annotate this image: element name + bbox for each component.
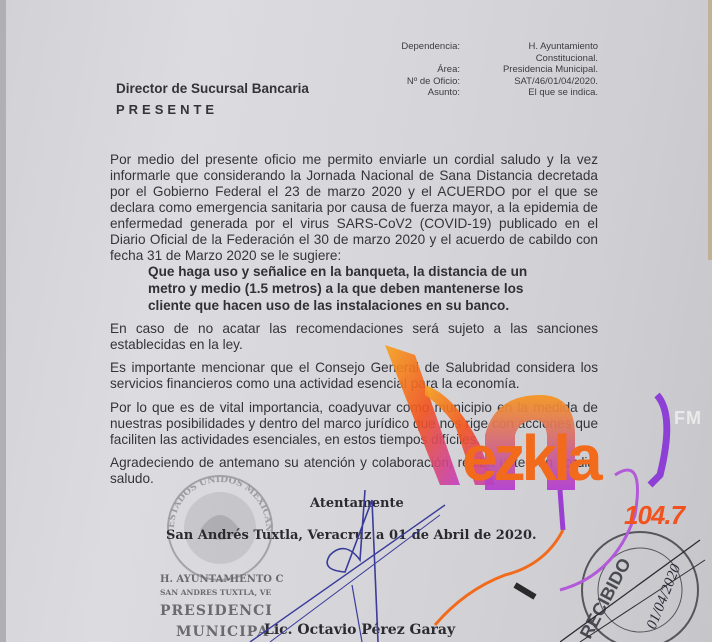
addressee: Director de Sucursal Bancaria — [116, 81, 309, 96]
logo-frequency: 104.7 — [624, 500, 684, 531]
meta-label: Asunto: — [392, 87, 464, 99]
municipal-seal-icon: ESTADOS UNIDOS MEXICANOS — [160, 470, 300, 620]
meta-row-dependencia: Dependencia: H. Ayuntamiento Constitucio… — [392, 41, 598, 64]
meta-value: H. Ayuntamiento Constitucional. — [464, 41, 598, 64]
seal-line-3: PRESIDENCI — [160, 603, 273, 619]
paragraph-recommendation: Que haga uso y señalice en la banqueta, … — [148, 263, 568, 314]
seal-line-4: MUNICIPA — [176, 624, 269, 640]
seal-line-2: SAN ANDRES TUXTLA, VE — [160, 588, 271, 597]
paragraph-intro: Por medio del presente oficio me permito… — [110, 152, 598, 264]
logo-band: FM — [674, 408, 702, 429]
meta-label: Nº de Oficio: — [392, 76, 464, 88]
page-edge-right — [708, 0, 712, 260]
meta-label: Área: — [392, 64, 464, 76]
meta-value: SAT/46/01/04/2020. — [464, 76, 598, 88]
meta-label: Dependencia: — [392, 41, 464, 64]
page-shadow-left — [0, 0, 6, 642]
meta-value: El que se indica. — [464, 87, 598, 99]
salutation: PRESENTE — [116, 102, 218, 117]
seal-line-1: H. AYUNTAMIENTO C — [160, 574, 283, 585]
meta-value: Presidencia Municipal. — [464, 64, 598, 76]
meta-row-oficio: Nº de Oficio: SAT/46/01/04/2020. — [392, 76, 598, 88]
mezkla-logo-letters: ezkla — [462, 428, 599, 488]
meta-row-asunto: Asunto: El que se indica. — [392, 87, 598, 99]
meta-row-area: Área: Presidencia Municipal. — [392, 64, 598, 76]
letterhead-metadata: Dependencia: H. Ayuntamiento Constitucio… — [392, 41, 598, 99]
